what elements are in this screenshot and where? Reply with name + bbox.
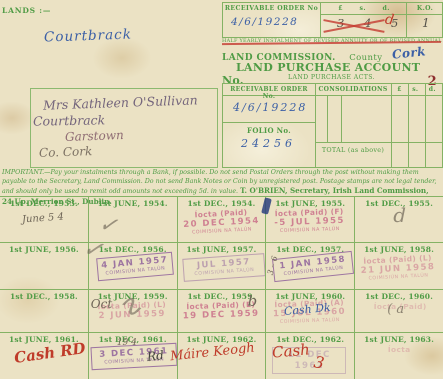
instalment-cell-dec-1960: 1st DEC., 1960. Íocta (Paid) ( a: [354, 290, 443, 332]
divider: [391, 84, 392, 167]
date-header: 1st JUNE, 1963.: [355, 333, 443, 344]
grid-row-1: 1st DEC., 1953. June 5 4 1st JUNE, 1954.…: [0, 196, 443, 242]
paid-stamp: Íocta: [371, 345, 427, 354]
stamp-org: COIMISIÚN NA TALÚN: [187, 267, 261, 278]
instalment-cell-jun-1958: 1st JUNE, 1958. Íocta (Paid) (L) 21 JUN …: [354, 243, 443, 289]
instalment-cell-jun-1963: 1st JUNE, 1963. Íocta: [354, 333, 443, 379]
date-header: 1st DEC., 1957.: [266, 243, 354, 254]
stamp-date: 3 DEC 1961: [94, 346, 172, 361]
currency-header: £ s. d.: [391, 84, 442, 93]
stamp-date: 20 DEC 1954: [180, 216, 261, 231]
stamp-line: Íocta: [371, 345, 427, 354]
date-header: 1st JUNE, 1958.: [355, 243, 443, 254]
grid-row-2: 1st JUNE, 1956. 1st DEC., 1956. 4 JAN 19…: [0, 242, 443, 289]
receivable-order-label: RECEIVABLE ORDER No: [223, 3, 320, 12]
instalment-cell-dec-1954: 1st DEC., 1954. Íocta (Paid) 20 DEC 1954…: [177, 197, 266, 242]
date-header: 1st JUNE, 1957.: [178, 243, 266, 254]
date-header: 1st DEC., 1959.: [178, 290, 266, 301]
stamp-org: COIMISIÚN NA TALÚN: [95, 357, 173, 367]
stamp-line: Íocta (Paid) (L): [90, 300, 172, 312]
instalment-cell-dec-1957: 1st DEC., 1957. 1 JAN 1958 COIMISIÚN NA …: [265, 243, 354, 289]
instalment-cell-jun-1959: 1st JUNE, 1959. Íocta (Paid) (L) 2 JUN 1…: [88, 290, 177, 332]
handwritten-note: Máire Keogh: [169, 341, 255, 365]
date-header: 1st DEC., 1956.: [89, 243, 177, 254]
ko-col: K.O. 1: [406, 3, 443, 37]
addressee-county: Co. Cork: [39, 144, 93, 160]
paid-stamp: Íocta (Paid) (F) -5 JUL 1955 COIMISIÚN N…: [267, 207, 353, 236]
amount-col: £ s. d. 3 4 5 d: [320, 3, 407, 37]
stamp-line: Íocta (Paid) (L): [357, 253, 439, 267]
stamp-date: 4 JAN 1957: [100, 255, 169, 272]
date-header: 1st JUNE, 1959.: [89, 290, 177, 301]
account-table: RECEIVABLE ORDER No. CONSOLIDATIONS £ s.…: [222, 83, 443, 168]
handwritten-note: Rd: [146, 348, 164, 364]
stamp-line: Íocta (Paid): [180, 207, 261, 220]
date-header: 1st DEC., 1954.: [178, 197, 266, 208]
divider: [425, 84, 426, 167]
stamp-org: COIMISIÚN NA TALÚN: [358, 273, 440, 283]
divider: [327, 95, 328, 142]
date-header: 1st JUNE, 1954.: [89, 197, 177, 208]
paid-stamp: Íocta (Paid) (A) 15 JUL 1960 COIMISIÚN N…: [267, 298, 353, 327]
date-header: 1st JUNE, 1962.: [178, 333, 266, 344]
date-stamp: 1 JAN 1958 COIMISIÚN NA TALÚN: [272, 251, 354, 282]
paid-stamp: Íocta (Paid): [365, 302, 435, 311]
grid-row-4: 1st JUNE, 1961. Cash RD 1st DEC., 1961. …: [0, 332, 443, 379]
instalment-cell-dec-1959: 1st DEC., 1959. Íocta (Paid) (E) 19 DEC …: [177, 290, 266, 332]
date-header: 1st DEC., 1962.: [266, 333, 354, 344]
divider: [408, 84, 409, 167]
paid-stamp: Íocta (Paid) (L) 2 JUN 1959: [90, 300, 173, 323]
stamp-org: COIMISIÚN NA TALÚN: [268, 317, 353, 326]
instalment-cell-dec-1962: 1st DEC., 1962. 11 DEC 1962 Cash 3: [265, 333, 354, 379]
date-stamp: JUL 1957 COIMISIÚN NA TALÚN: [182, 253, 265, 281]
stamp-line: Íocta (Paid) (F): [267, 207, 352, 219]
folio-label: FOLIO No.: [223, 124, 315, 135]
divider: [223, 122, 315, 123]
date-header: 1st JUNE, 1956.: [0, 243, 88, 254]
ko-value: 1: [422, 16, 430, 30]
paid-stamp: Íocta (Paid) (L) 21 JUN 1958 COIMISIÚN N…: [357, 253, 440, 283]
stamp-date: JUL 1957: [186, 256, 261, 272]
date-header: 1st DEC., 1953.: [0, 197, 88, 208]
stamp-date: 1 JAN 1958: [277, 254, 350, 272]
lands-value-handwriting: Courtbrack: [44, 26, 132, 45]
date-header: 1st JUNE, 1960.: [266, 290, 354, 301]
receipt-header-panel: RECEIVABLE ORDER No 4/6/19228 £ s. d. 3 …: [222, 2, 441, 166]
instalment-cell-jun-1957: 1st JUNE, 1957. JUL 1957 COIMISIÚN NA TA…: [177, 243, 266, 289]
receivable-order-col: RECEIVABLE ORDER No 4/6/19228: [223, 3, 320, 37]
stamp-date: 21 JUN 1958: [357, 262, 439, 277]
stamp-date: -5 JUL 1955: [267, 216, 352, 230]
lands-label: LANDS :—: [2, 6, 51, 15]
date-header: 1st JUNE, 1955.: [266, 197, 354, 208]
instalment-cell-dec-1961: 1st DEC., 1961. 3 DEC 1961 COIMISIÚN NA …: [88, 333, 177, 379]
check-mark: ✓: [97, 212, 119, 240]
total-label: TOTAL (as above): [315, 144, 391, 154]
date-header: 1st JUNE, 1961.: [0, 333, 88, 344]
handwritten-note: June 5 4: [22, 212, 65, 226]
stamp-org: COIMISIÚN NA TALÚN: [268, 226, 353, 235]
instalment-cell-dec-1953: 1st DEC., 1953. June 5 4: [0, 197, 88, 242]
addressee-post-town: Garstown: [65, 128, 124, 144]
stamp-org: COIMISIÚN NA TALÚN: [181, 227, 262, 237]
stamp-date: 15 JUL 1960: [267, 307, 352, 321]
paid-stamp: Íocta (Paid) (E) 19 DEC 1959: [177, 300, 264, 323]
handwritten-note: 3 – 6: [266, 255, 280, 276]
date-stamp: 11 DEC 1962: [272, 347, 346, 374]
addressee-townland: Courtbrack: [33, 112, 105, 128]
acts-label: LAND PURCHASE ACTS.: [222, 74, 441, 81]
stamp-org: COIMISIÚN NA TALÚN: [101, 266, 169, 278]
addressee-name: Mrs Kathleen O'Sullivan: [43, 92, 198, 112]
date-stamp: 4 JAN 1957 COIMISIÚN NA TALÚN: [96, 252, 174, 281]
instalment-grid: 1st DEC., 1953. June 5 4 1st JUNE, 1954.…: [0, 196, 443, 379]
stamp-line: Íocta (Paid) (E): [177, 300, 263, 312]
land-purchase-account-card: LANDS :— Courtbrack Mrs Kathleen O'Sulli…: [0, 0, 443, 379]
instalment-cell-jun-1956: 1st JUNE, 1956.: [0, 243, 88, 289]
stamp-line: Íocta (Paid): [365, 302, 435, 311]
divider: [315, 84, 316, 167]
stamp-org: COIMISIÚN NA TALÚN: [278, 265, 350, 278]
folio-value: 24256: [241, 137, 296, 150]
instalment-cell-jun-1962: 1st JUNE, 1962. Máire Keogh: [177, 333, 266, 379]
date-header: 1st DEC., 1960.: [355, 290, 443, 301]
date-stamp: 3 DEC 1961 COIMISIÚN NA TALÚN: [90, 343, 177, 370]
consolidations-header: CONSOLIDATIONS: [315, 84, 391, 93]
instalment-cell-dec-1956: 1st DEC., 1956. 4 JAN 1957 COIMISIÚN NA …: [88, 243, 177, 289]
paid-stamp: Íocta (Paid) 20 DEC 1954 COIMISIÚN NA TA…: [180, 207, 262, 237]
instalment-cell-jun-1954: 1st JUNE, 1954. ✓: [88, 197, 177, 242]
date-header: 1st DEC., 1958.: [0, 290, 88, 301]
stamp-date: 19 DEC 1959: [178, 309, 264, 323]
date-header: 1st DEC., 1961.: [89, 333, 177, 344]
handwritten-note: ( a: [387, 302, 404, 317]
stamp-date: 2 JUN 1959: [91, 309, 173, 323]
instalment-cell-jun-1961: 1st JUNE, 1961. Cash RD: [0, 333, 88, 379]
county-value: Cork: [391, 44, 426, 61]
divider: [341, 95, 342, 142]
handwritten-note: 3: [313, 352, 326, 372]
instalment-cell-jun-1955: 1st JUNE, 1955. Íocta (Paid) (F) -5 JUL …: [265, 197, 354, 242]
date-header: 1st DEC., 1955.: [355, 197, 443, 208]
addressee-box: Mrs Kathleen O'Sullivan Courtbrack Garst…: [30, 88, 218, 168]
handwritten-note: Cash Dk: [284, 301, 332, 318]
divider: [315, 142, 442, 143]
currency-header: £ s. d.: [321, 3, 407, 15]
grid-row-3: 1st DEC., 1958. 1st JUNE, 1959. Íocta (P…: [0, 289, 443, 332]
receivable-order-box: RECEIVABLE ORDER No 4/6/19228 £ s. d. 3 …: [222, 2, 443, 38]
instalment-cell-jun-1960: 1st JUNE, 1960. Íocta (Paid) (A) 15 JUL …: [265, 290, 354, 332]
ko-label: K.O.: [407, 3, 443, 15]
order-header: RECEIVABLE ORDER No.: [223, 84, 315, 100]
stamp-date: 11 DEC 1962: [276, 350, 342, 371]
instalment-cell-dec-1955: 1st DEC., 1955. d: [354, 197, 443, 242]
receivable-order-value: 4/6/19228: [231, 16, 298, 28]
instalment-cell-dec-1958: 1st DEC., 1958.: [0, 290, 88, 332]
receivable-order-value-2: 4/6/19228: [233, 101, 307, 114]
